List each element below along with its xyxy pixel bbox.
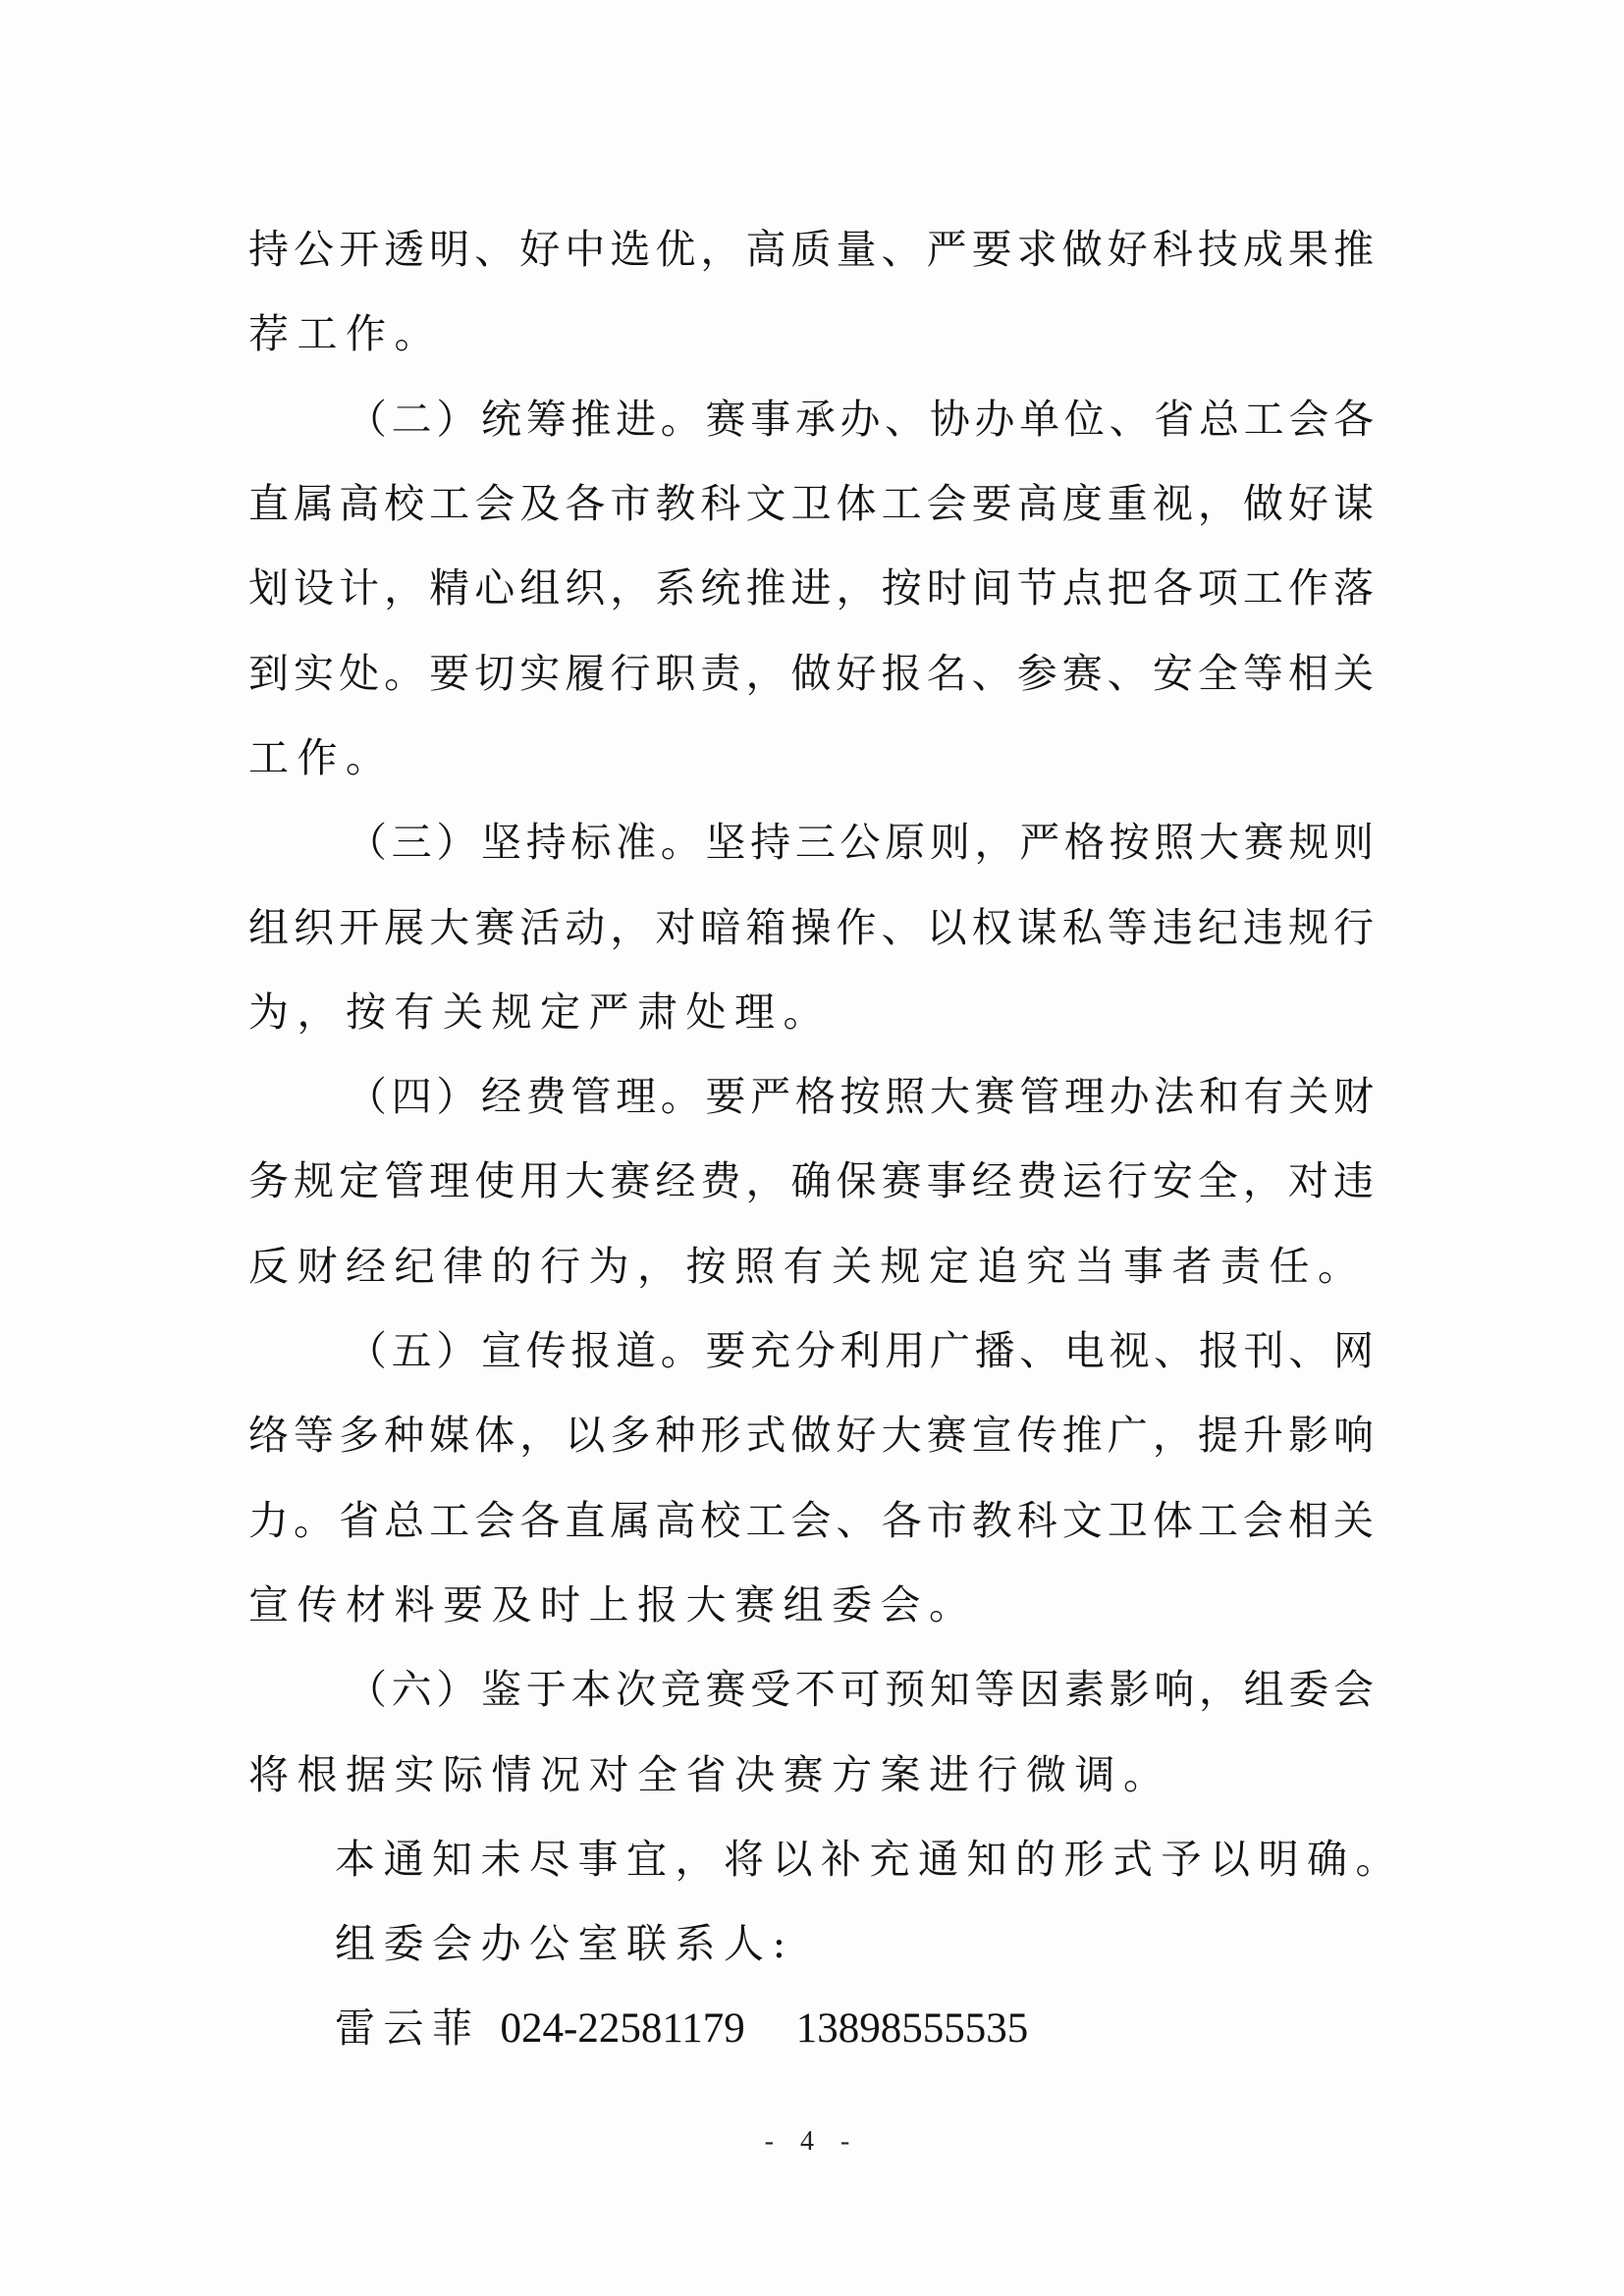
paragraph-line: 直属高校工会及各市教科文卫体工会要高度重视，做好谋 xyxy=(248,461,1374,546)
paragraph-line: 务规定管理使用大赛经费，确保赛事经费运行安全，对违 xyxy=(248,1139,1374,1223)
section-4-heading-line: （四）经费管理。要严格按照大赛管理办法和有关财 xyxy=(347,1054,1374,1139)
paragraph-line: 工作。 xyxy=(248,716,1374,800)
section-6-heading-line: （六）鉴于本次竞赛受不可预知等因素影响，组委会 xyxy=(347,1647,1374,1732)
section-5-heading-line: （五）宣传报道。要充分利用广播、电视、报刊、网 xyxy=(347,1308,1374,1393)
paragraph-line: 组织开展大赛活动，对暗箱操作、以权谋私等违纪违规行 xyxy=(248,885,1374,970)
closing-line: 本通知未尽事宜，将以补充通知的形式予以明确。 xyxy=(335,1817,1460,1901)
paragraph-line: 荐工作。 xyxy=(248,292,1374,376)
paragraph-line: 反财经纪律的行为，按照有关规定追究当事者责任。 xyxy=(248,1224,1374,1308)
paragraph-line: 力。省总工会各直属高校工会、各市教科文卫体工会相关 xyxy=(248,1478,1374,1563)
section-3-heading-line: （三）坚持标准。坚持三公原则，严格按照大赛规则 xyxy=(347,800,1374,884)
contact-line: 雷云菲024-2258117913898555535 xyxy=(335,1986,1460,2070)
section-2-heading-line: （二）统筹推进。赛事承办、协办单位、省总工会各 xyxy=(347,377,1374,461)
contact-label: 组委会办公室联系人: xyxy=(335,1901,1460,1986)
page-number: - 4 - xyxy=(0,2123,1624,2161)
paragraph-line: 为，按有关规定严肃处理。 xyxy=(248,970,1374,1054)
contact-phone: 024-22581179 xyxy=(501,2005,745,2052)
paragraph-line: 络等多种媒体，以多种形式做好大赛宣传推广，提升影响 xyxy=(248,1393,1374,1477)
paragraph-line: 将根据实际情况对全省决赛方案进行微调。 xyxy=(248,1733,1374,1817)
paragraph-line: 持公开透明、好中选优，高质量、严要求做好科技成果推 xyxy=(248,207,1374,292)
contact-name: 雷云菲 xyxy=(335,2004,481,2052)
paragraph-line: 划设计，精心组织，系统推进，按时间节点把各项工作落 xyxy=(248,546,1374,630)
paragraph-line: 到实处。要切实履行职责，做好报名、参赛、安全等相关 xyxy=(248,631,1374,716)
paragraph-line: 宣传材料要及时上报大赛组委会。 xyxy=(248,1563,1374,1647)
document-page: 持公开透明、好中选优，高质量、严要求做好科技成果推 荐工作。 （二）统筹推进。赛… xyxy=(0,0,1624,2296)
contact-mobile: 13898555535 xyxy=(796,2005,1029,2052)
